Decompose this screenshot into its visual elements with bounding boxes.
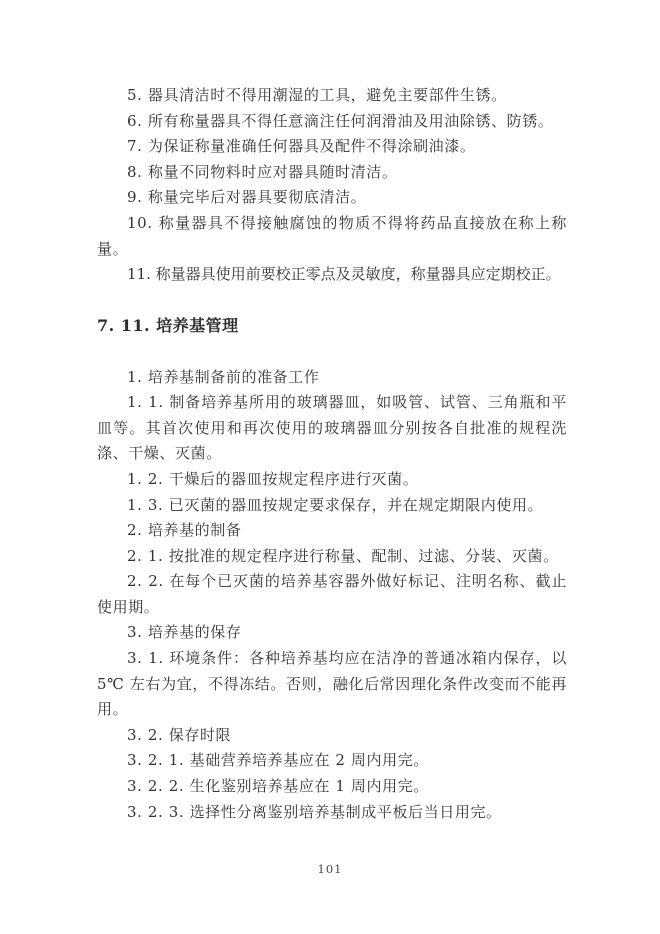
media-item-3-1: 3. 1. 环境条件：各种培养基均应在洁净的普通冰箱内保存，以5℃ 左右为宜，不… bbox=[97, 646, 567, 723]
document-page: 5. 器具清洁时不得用潮湿的工具，避免主要部件生锈。 6. 所有称量器具不得任意… bbox=[0, 0, 660, 934]
media-item-3-2-1: 3. 2. 1. 基础营养培养基应在 2 周内用完。 bbox=[97, 748, 567, 774]
rule-item-11: 11. 称量器具使用前要校正零点及灵敏度，称量器具应定期校正。 bbox=[97, 262, 567, 288]
page-number: 101 bbox=[0, 862, 660, 876]
section-heading-7-11: 7. 11. 培养基管理 bbox=[97, 313, 567, 339]
rule-item-7: 7. 为保证称量准确任何器具及配件不得涂刷油漆。 bbox=[97, 134, 567, 160]
rule-item-6: 6. 所有称量器具不得任意滴注任何润滑油及用油除锈、防锈。 bbox=[97, 109, 567, 135]
media-item-1: 1. 培养基制备前的准备工作 bbox=[97, 365, 567, 391]
document-body: 5. 器具清洁时不得用潮湿的工具，避免主要部件生锈。 6. 所有称量器具不得任意… bbox=[97, 83, 567, 825]
rule-item-10: 10. 称量器具不得接触腐蚀的物质不得将药品直接放在称上称量。 bbox=[97, 211, 567, 262]
media-item-2: 2. 培养基的制备 bbox=[97, 518, 567, 544]
rule-item-5: 5. 器具清洁时不得用潮湿的工具，避免主要部件生锈。 bbox=[97, 83, 567, 109]
rule-item-8: 8. 称量不同物料时应对器具随时清洁。 bbox=[97, 160, 567, 186]
media-item-3-2: 3. 2. 保存时限 bbox=[97, 723, 567, 749]
media-item-3-2-3: 3. 2. 3. 选择性分离鉴别培养基制成平板后当日用完。 bbox=[97, 800, 567, 826]
media-item-1-2: 1. 2. 干燥后的器皿按规定程序进行灭菌。 bbox=[97, 467, 567, 493]
media-item-1-1: 1. 1. 制备培养基所用的玻璃器皿，如吸管、试管、三角瓶和平皿等。其首次使用和… bbox=[97, 390, 567, 467]
media-item-2-2: 2. 2. 在每个已灭菌的培养基容器外做好标记、注明名称、截止使用期。 bbox=[97, 569, 567, 620]
media-item-3-2-2: 3. 2. 2. 生化鉴别培养基应在 1 周内用完。 bbox=[97, 774, 567, 800]
media-item-3: 3. 培养基的保存 bbox=[97, 620, 567, 646]
rule-item-9: 9. 称量完毕后对器具要彻底清洁。 bbox=[97, 185, 567, 211]
media-item-2-1: 2. 1. 按批准的规定程序进行称量、配制、过滤、分装、灭菌。 bbox=[97, 544, 567, 570]
media-item-1-3: 1. 3. 已灭菌的器皿按规定要求保存，并在规定期限内使用。 bbox=[97, 493, 567, 519]
